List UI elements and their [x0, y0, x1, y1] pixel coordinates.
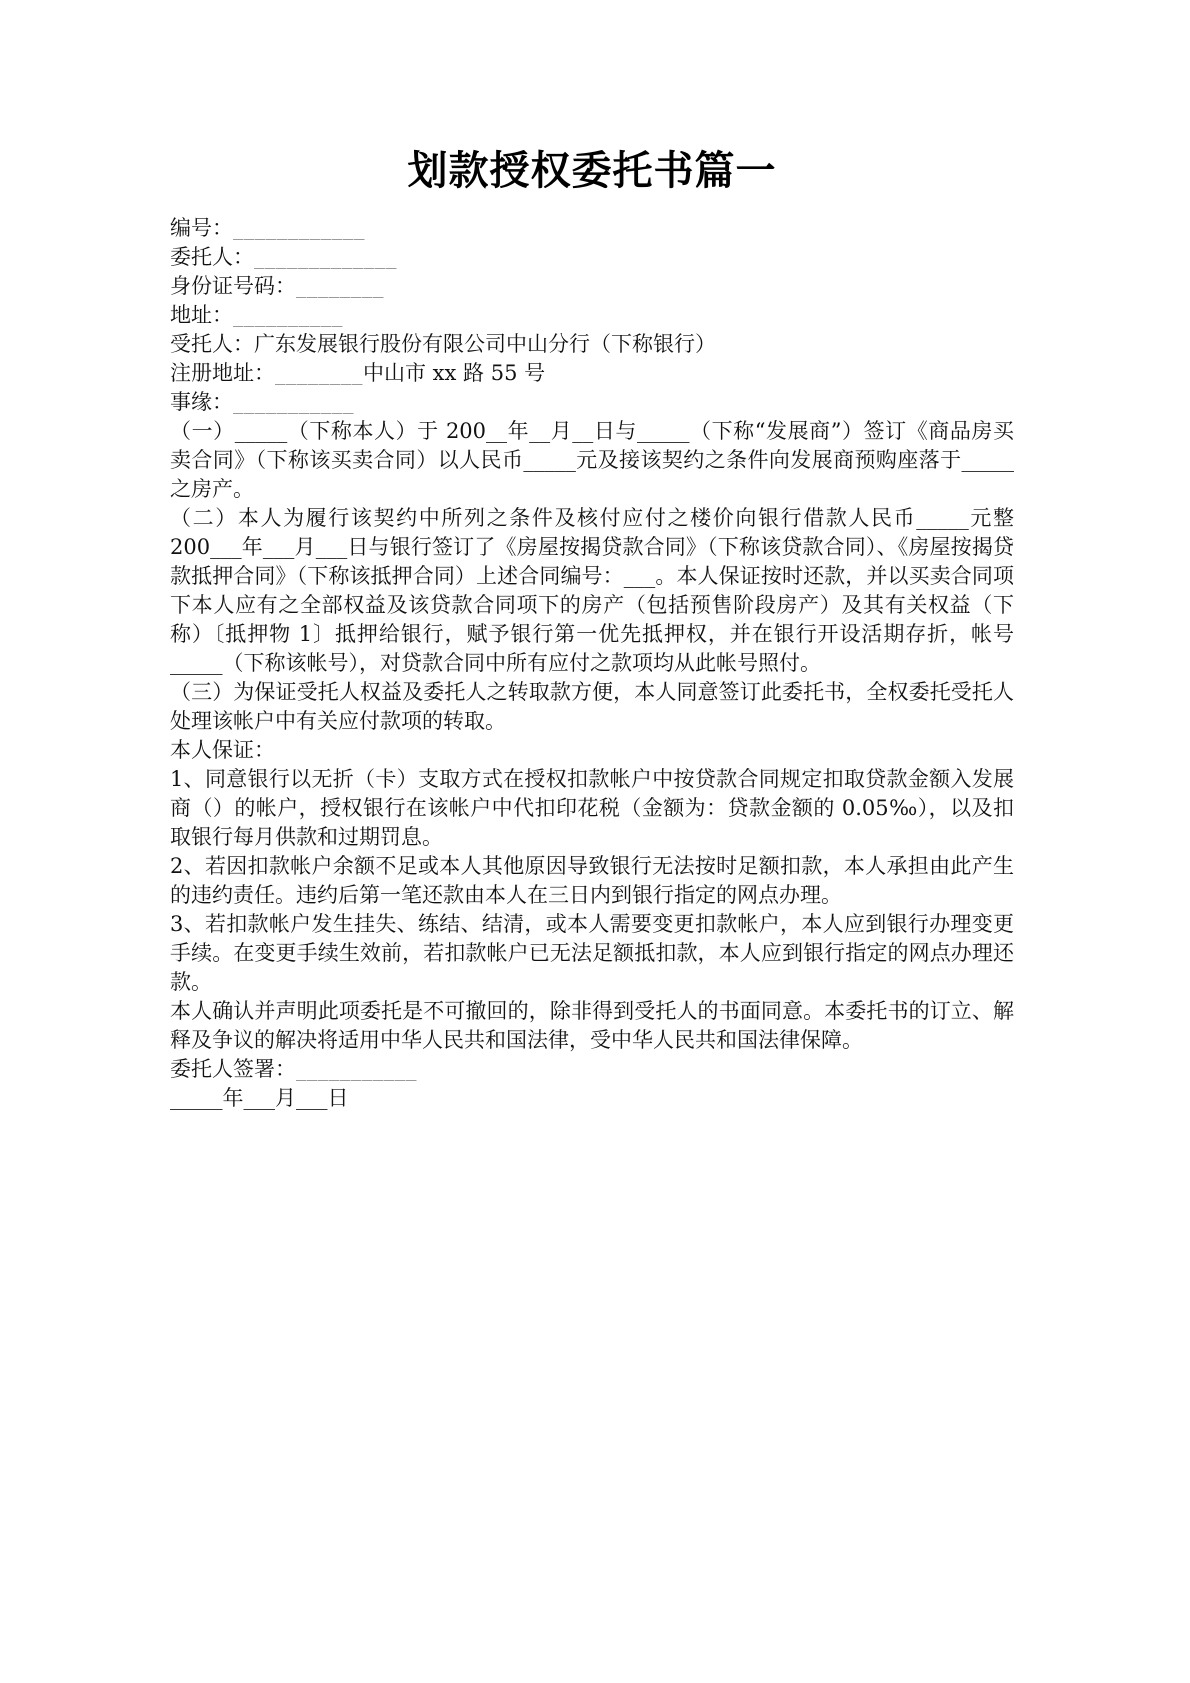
field-principal: 委托人：_____________ [170, 243, 1014, 272]
paragraph-guarantee-item-3: 3、若扣款帐户发生挂失、练结、结清，或本人需要变更扣款帐户，本人应到银行办理变更… [170, 910, 1014, 997]
field-registered-address: 注册地址：________中山市 xx 路 55 号 [170, 359, 1014, 388]
field-trustee-value: 广东发展银行股份有限公司中山分行（下称银行） [254, 332, 716, 356]
field-address-label: 地址： [170, 303, 233, 327]
signature-blank: ___________ [296, 1057, 417, 1081]
field-matter-label: 事缘： [170, 390, 233, 414]
signature-line: 委托人签署：___________ [170, 1055, 1014, 1084]
paragraph-guarantee-item-1: 1、同意银行以无折（卡）支取方式在授权扣款帐户中按贷款合同规定扣取贷款金额入发展… [170, 765, 1014, 852]
field-address: 地址：__________ [170, 301, 1014, 330]
field-registered-address-label: 注册地址： [170, 361, 275, 385]
paragraph-clause-3: （三）为保证受托人权益及委托人之转取款方便，本人同意签订此委托书，全权委托受托人… [170, 678, 1014, 736]
field-number: 编号：____________ [170, 214, 1014, 243]
field-principal-blank: _____________ [254, 245, 397, 269]
paragraph-confirmation: 本人确认并声明此项委托是不可撤回的，除非得到受托人的书面同意。本委托书的订立、解… [170, 997, 1014, 1055]
field-id-number-label: 身份证号码： [170, 274, 296, 298]
paragraph-clause-1: （一）_____（下称本人）于 200__年__月__日与_____（下称“发展… [170, 417, 1014, 504]
field-number-label: 编号： [170, 216, 233, 240]
document-page: 划款授权委托书篇一 编号：____________ 委托人：__________… [0, 0, 1190, 1683]
field-trustee: 受托人：广东发展银行股份有限公司中山分行（下称银行） [170, 330, 1014, 359]
field-principal-label: 委托人： [170, 245, 254, 269]
date-line: _____年___月___日 [170, 1084, 1014, 1113]
field-registered-address-blank: ________ [275, 361, 363, 385]
paragraph-clause-2: （二）本人为履行该契约中所列之条件及核付应付之楼价向银行借款人民币_____元整… [170, 504, 1014, 678]
field-address-blank: __________ [233, 303, 343, 327]
paragraph-guarantee-heading: 本人保证： [170, 736, 1014, 765]
field-id-number-blank: ________ [296, 274, 384, 298]
signature-label: 委托人签署： [170, 1057, 296, 1081]
document-title: 划款授权委托书篇一 [170, 146, 1014, 196]
field-id-number: 身份证号码：________ [170, 272, 1014, 301]
field-number-blank: ____________ [233, 216, 365, 240]
field-registered-address-value: 中山市 xx 路 55 号 [363, 361, 545, 385]
paragraph-guarantee-item-2: 2、若因扣款帐户余额不足或本人其他原因导致银行无法按时足额扣款，本人承担由此产生… [170, 852, 1014, 910]
field-matter-blank: ___________ [233, 390, 354, 414]
field-trustee-label: 受托人： [170, 332, 254, 356]
field-matter: 事缘：___________ [170, 388, 1014, 417]
